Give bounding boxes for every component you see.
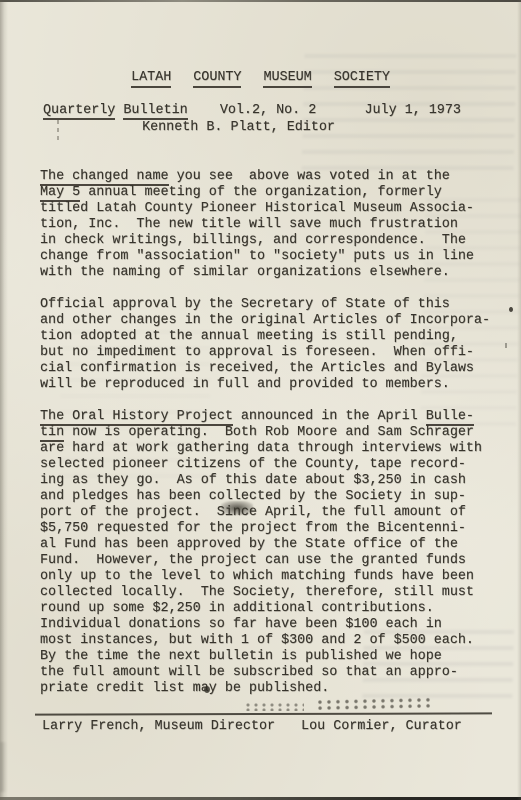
signature-divider (35, 712, 492, 715)
text-segment: al Fund has been approved by the State o… (40, 537, 458, 552)
footer-credits: Larry French, Museum Director Lou Cormie… (0, 719, 521, 735)
curator-credit: Lou Cormier, Curator (301, 719, 462, 735)
bleed-through-ghost (420, 198, 521, 434)
pen-mark (57, 120, 59, 142)
ink-smudge (318, 697, 430, 710)
text-segment: Official approval by the Secretary of St… (40, 297, 450, 312)
text-segment: annual meeting of the organization, form… (80, 185, 442, 200)
ink-speck (509, 307, 513, 312)
ink-smudge (221, 501, 253, 515)
text-line: collected locally. The Society, therefor… (40, 585, 521, 601)
bleed-through-ghost (362, 630, 514, 706)
text-segment: priate credit list may be published. (40, 681, 329, 696)
text-segment: $5,750 requested for the project from th… (40, 521, 466, 536)
title-word: COUNTY (193, 70, 241, 88)
text-segment: titled Latah County Pioneer Historical M… (40, 201, 474, 216)
text-segment: change from "association" to "society" p… (40, 249, 474, 264)
scan-edge-left (0, 0, 8, 800)
text-segment: Fund. However, the project can use the g… (40, 553, 466, 568)
ink-speck (204, 686, 210, 693)
underlined-text: Quarterly (43, 103, 115, 120)
text-segment: round up some $2,250 in additional contr… (40, 601, 434, 616)
text-segment: tion, Inc. The new title will save much … (40, 217, 458, 232)
text-segment: announced in the April (233, 409, 426, 424)
text-segment: with the naming of similar organizations… (40, 265, 450, 280)
ink-speck (505, 343, 507, 348)
underlined-text: May 5 (40, 185, 80, 202)
text-line: round up some $2,250 in additional contr… (40, 601, 521, 617)
museum-director-credit: Larry French, Museum Director (42, 719, 275, 735)
underlined-text: Bulletin (123, 103, 187, 120)
text-line: and pledges has been collected by the So… (40, 489, 521, 505)
text-line: port of the project. Since April, the fu… (40, 505, 521, 521)
ink-smudge (246, 703, 304, 711)
scan-edge-top (0, 0, 521, 2)
bleed-through-ghost (301, 54, 516, 172)
text-segment: only up to the level to which matching f… (40, 569, 474, 584)
text-segment: collected locally. The Society, therefor… (40, 585, 474, 600)
editor-byline: Kenneth B. Platt, Editor (0, 120, 499, 136)
text-line: $5,750 requested for the project from th… (40, 521, 521, 537)
scanned-bulletin-page: LATAHCOUNTYMUSEUMSOCIETY Quarterly Bulle… (0, 0, 521, 800)
text-segment: in check writings, billings, and corresp… (40, 233, 466, 248)
underlined-text: The changed name (40, 169, 169, 186)
title-word: LATAH (131, 70, 171, 88)
text-line: only up to the level to which matching f… (40, 569, 521, 585)
text-line: Fund. However, the project can use the g… (40, 553, 521, 569)
text-line: al Fund has been approved by the State o… (40, 537, 521, 553)
scan-edge-right (517, 0, 521, 800)
bleed-through-ghost (58, 330, 212, 480)
